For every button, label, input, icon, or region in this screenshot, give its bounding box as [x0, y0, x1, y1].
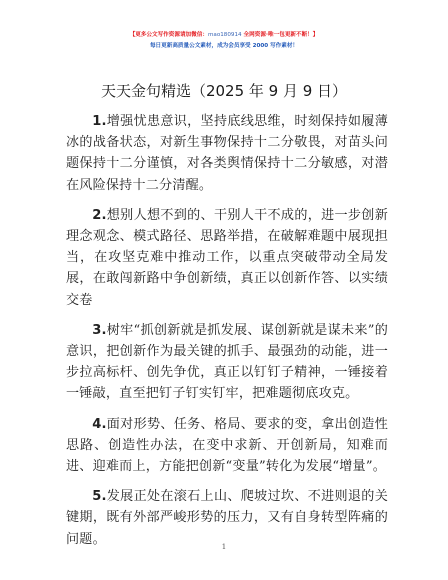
- document-body: 1.增强忧患意识，坚持底线思维，时刻保持如履薄冰的战备状态，对新生事物保持十二分…: [66, 111, 388, 559]
- document-page: 【更多公文写作资源请加微信：mao180914 全网资源·唯一包更新不断！】 每…: [0, 0, 448, 580]
- paragraph-text: 增强忧患意识，坚持底线思维，时刻保持如履薄冰的战备状态，对新生事物保持十二分敬畏…: [66, 114, 388, 193]
- promo-banner-prefix: 【更多公文写作资源请加微信：: [130, 32, 208, 38]
- paragraph-number: 5.: [92, 489, 107, 504]
- promo-banner-line-1: 【更多公文写作资源请加微信：mao180914 全网资源·唯一包更新不断！】: [0, 30, 448, 38]
- paragraph-text: 面对形势、任务、格局、要求的变，拿出创造性思路、创造性办法，在变中求新、开创新局…: [66, 417, 388, 474]
- paragraph-number: 4.: [92, 417, 107, 432]
- paragraph-number: 3.: [92, 323, 107, 338]
- paragraph-5: 5.发展正处在滚石上山、爬坡过坎、不进则退的关键期，既有外部严峻形势的压力，又有…: [66, 486, 388, 550]
- paragraph-3: 3.树牢“抓创新就是抓发展、谋创新就是谋未来”的意识，把创新作为最关键的抓手、最…: [66, 320, 388, 405]
- promo-wechat-id: mao180914: [208, 32, 242, 38]
- paragraph-number: 1.: [92, 114, 107, 129]
- document-title: 天天金句精选（2025 年 9 月 9 日）: [0, 80, 448, 101]
- paragraph-text: 想别人想不到的、干别人干不成的，进一步创新理念观念、模式路径、思路举措，在破解难…: [66, 208, 388, 308]
- page-number: 1: [0, 543, 448, 551]
- paragraph-1: 1.增强忧患意识，坚持底线思维，时刻保持如履薄冰的战备状态，对新生事物保持十二分…: [66, 111, 388, 196]
- paragraph-4: 4.面对形势、任务、格局、要求的变，拿出创造性思路、创造性办法，在变中求新、开创…: [66, 414, 388, 478]
- paragraph-2: 2.想别人想不到的、干别人干不成的，进一步创新理念观念、模式路径、思路举措，在破…: [66, 205, 388, 311]
- promo-banner-suffix: 全网资源·唯一包更新不断！】: [242, 32, 319, 38]
- promo-banner-line-2: 每日更新高质量公文素材，成为会员享受 2000 写作素材！: [0, 41, 448, 49]
- paragraph-text: 发展正处在滚石上山、爬坡过坎、不进则退的关键期，既有外部严峻形势的压力，又有自身…: [66, 489, 388, 546]
- paragraph-text: 树牢“抓创新就是抓发展、谋创新就是谋未来”的意识，把创新作为最关键的抓手、最强劲…: [66, 323, 388, 402]
- paragraph-number: 2.: [92, 208, 107, 223]
